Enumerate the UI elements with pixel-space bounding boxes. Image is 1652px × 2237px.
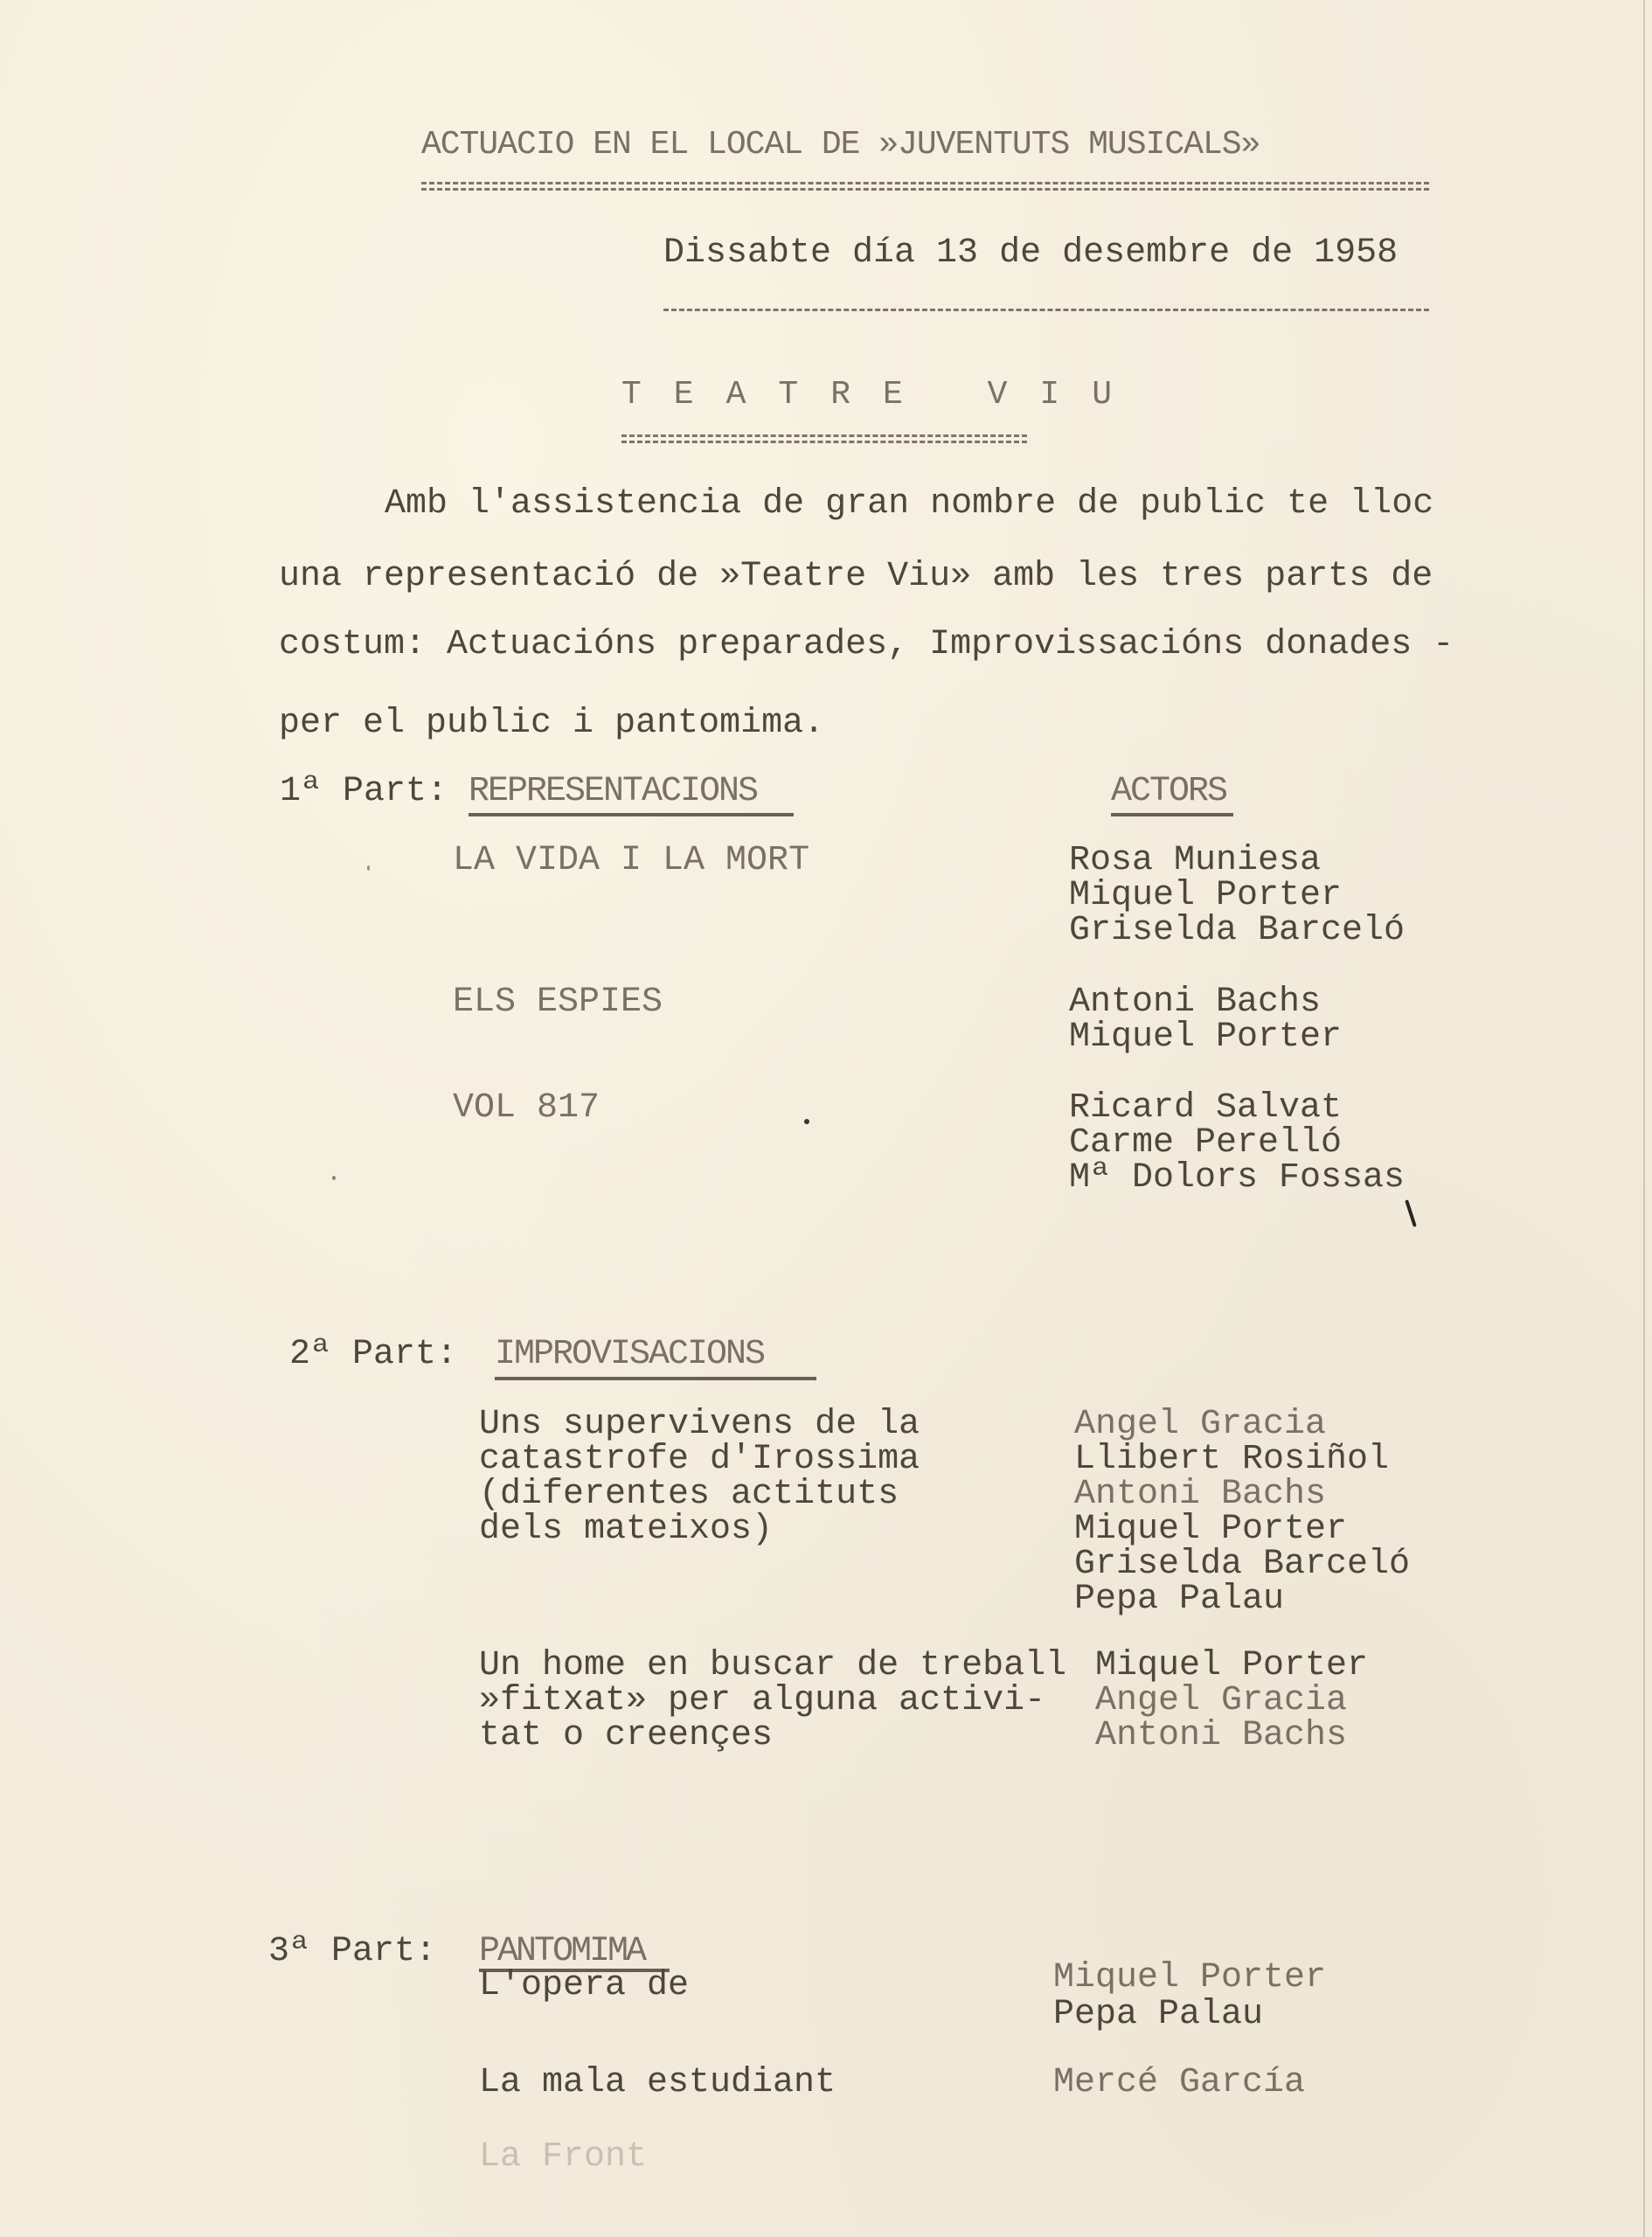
part-heading: PANTOMIMA bbox=[479, 1935, 644, 1970]
actor-name: Griselda Barceló bbox=[1074, 1547, 1410, 1582]
actor-name: Carme Perelló bbox=[1069, 1126, 1342, 1161]
actor-name: Miquel Porter bbox=[1069, 879, 1342, 914]
actor-name: Miquel Porter bbox=[1095, 1649, 1368, 1684]
part-heading-underline bbox=[495, 1377, 816, 1380]
actor-name: Pepa Palau bbox=[1074, 1582, 1284, 1617]
part-heading: REPRESENTACIONS bbox=[469, 775, 757, 809]
part-heading: IMPROVISACIONS bbox=[495, 1337, 764, 1372]
piece-title-line: (diferentes actituts bbox=[479, 1477, 899, 1512]
piece-title: La Front bbox=[479, 2140, 647, 2175]
actor-name: Antoni Bachs bbox=[1074, 1477, 1326, 1512]
actor-name: Antoni Bachs bbox=[1095, 1719, 1347, 1754]
part-label: 2ª Part: bbox=[289, 1337, 457, 1372]
actor-name: Rosa Muniesa bbox=[1069, 844, 1321, 879]
piece-title: L'opera de bbox=[479, 1969, 689, 2004]
actor-name: Pepa Palau bbox=[1053, 1997, 1263, 2032]
date-rule bbox=[663, 309, 1429, 311]
piece-title: La mala estudiant bbox=[479, 2066, 836, 2101]
intro-line: una representació de »Teatre Viu» amb le… bbox=[279, 559, 1433, 594]
intro-line: per el public i pantomima. bbox=[279, 706, 824, 741]
intro-line: Amb l'assistencia de gran nombre de publ… bbox=[385, 487, 1433, 522]
actor-name: Angel Gracia bbox=[1074, 1407, 1326, 1442]
actor-name: Mercé García bbox=[1053, 2066, 1305, 2101]
actor-name: Ricard Salvat bbox=[1069, 1091, 1342, 1126]
part-heading-underline bbox=[469, 813, 794, 816]
actor-name: Antoni Bachs bbox=[1069, 985, 1321, 1020]
ink-speck bbox=[804, 1119, 809, 1124]
intro-line: costum: Actuacións preparades, Improviss… bbox=[279, 628, 1454, 663]
part-label: 1ª Part: bbox=[280, 775, 448, 809]
piece-title-line: Un home en buscar de treball bbox=[479, 1649, 1066, 1684]
document-heading: ACTUACIO EN EL LOCAL DE »JUVENTUTS MUSIC… bbox=[421, 128, 1260, 163]
section-title: TEATRE VIU bbox=[621, 378, 1144, 413]
actor-name: Miquel Porter bbox=[1069, 1020, 1342, 1055]
performance-date: Dissabte día 13 de desembre de 1958 bbox=[663, 236, 1398, 271]
piece-title: LA VIDA I LA MORT bbox=[453, 844, 809, 879]
pen-mark bbox=[1405, 1199, 1417, 1227]
piece-title: ELS ESPIES bbox=[453, 985, 663, 1020]
part-label: 3ª Part: bbox=[268, 1935, 436, 1970]
actor-name: Miquel Porter bbox=[1053, 1961, 1326, 1996]
actor-name: Mª Dolors Fossas bbox=[1069, 1161, 1405, 1196]
actors-heading: ACTORS bbox=[1111, 775, 1226, 809]
title-double-rule bbox=[621, 434, 1027, 437]
actors-heading-underline bbox=[1111, 813, 1233, 816]
actor-name: Griselda Barceló bbox=[1069, 914, 1405, 948]
piece-title-line: catastrofe d'Irossima bbox=[479, 1442, 920, 1477]
ink-speck bbox=[367, 865, 370, 871]
ink-speck bbox=[332, 1176, 336, 1180]
actor-name: Angel Gracia bbox=[1095, 1684, 1347, 1719]
piece-title-line: »fitxat» per alguna activi- bbox=[479, 1684, 1045, 1719]
heading-double-rule bbox=[421, 182, 1429, 184]
piece-title: VOL 817 bbox=[453, 1091, 600, 1126]
paper-edge bbox=[1643, 0, 1645, 2237]
piece-title-line: Uns supervivens de la bbox=[479, 1407, 920, 1442]
piece-title-line: dels mateixos) bbox=[479, 1512, 773, 1547]
piece-title-line: tat o creençes bbox=[479, 1719, 773, 1754]
actor-name: Miquel Porter bbox=[1074, 1512, 1347, 1547]
actor-name: Llibert Rosiñol bbox=[1074, 1442, 1389, 1477]
